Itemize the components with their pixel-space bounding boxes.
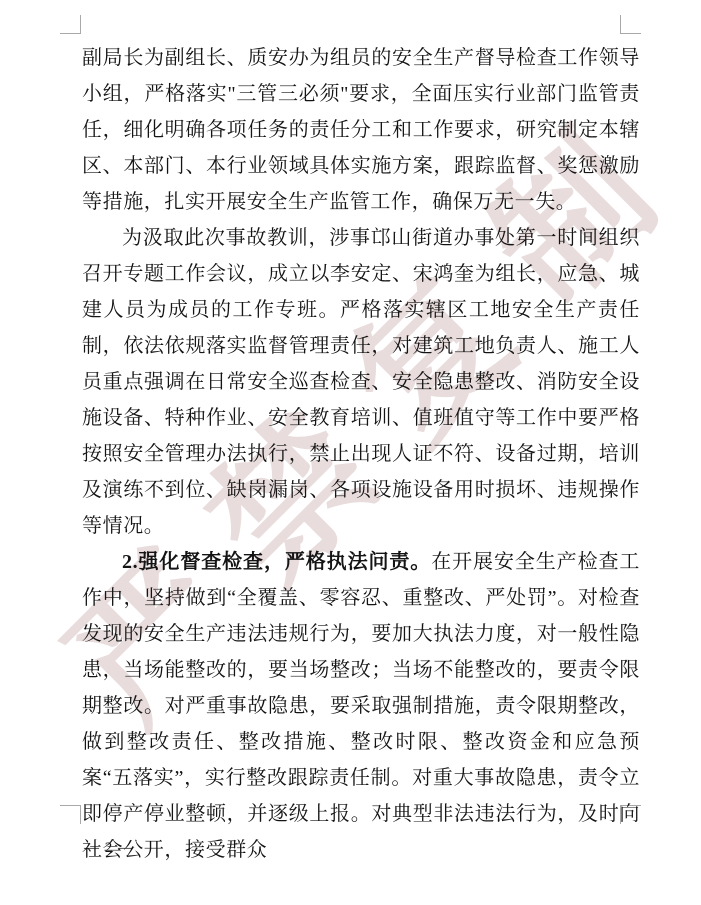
document-body: 副局长为副组长、质安办为组员的安全生产督导检查工作领导小组，严格落实"三管三必须… [82,40,640,868]
page-number: — 2 — [84,840,134,857]
paragraph-text: 为汲取此次事故教训，涉事邙山街道办事处第一时间组织召开专题工作会议，成立以李安定… [82,227,640,537]
paragraph-text: 在开展安全生产检查工作中，坚持做到“全覆盖、零容忍、重整改、严处罚”。对检查发现… [82,551,640,861]
crop-mark-top-right [620,15,641,34]
document-page: 严禁复制 副局长为副组长、质安办为组员的安全生产督导检查工作领导小组，严格落实"… [0,0,701,905]
paragraph: 2.强化督查检查，严格执法问责。在开展安全生产检查工作中，坚持做到“全覆盖、零容… [82,544,640,868]
crop-mark-bottom-left [60,805,81,824]
paragraph: 为汲取此次事故教训，涉事邙山街道办事处第一时间组织召开专题工作会议，成立以李安定… [82,220,640,544]
paragraph-text: 副局长为副组长、质安办为组员的安全生产督导检查工作领导小组，严格落实"三管三必须… [82,47,640,213]
paragraph: 副局长为副组长、质安办为组员的安全生产督导检查工作领导小组，严格落实"三管三必须… [82,40,640,220]
paragraph-bold-lead: 2.强化督查检查，严格执法问责。 [122,551,431,573]
crop-mark-top-left [60,15,81,34]
